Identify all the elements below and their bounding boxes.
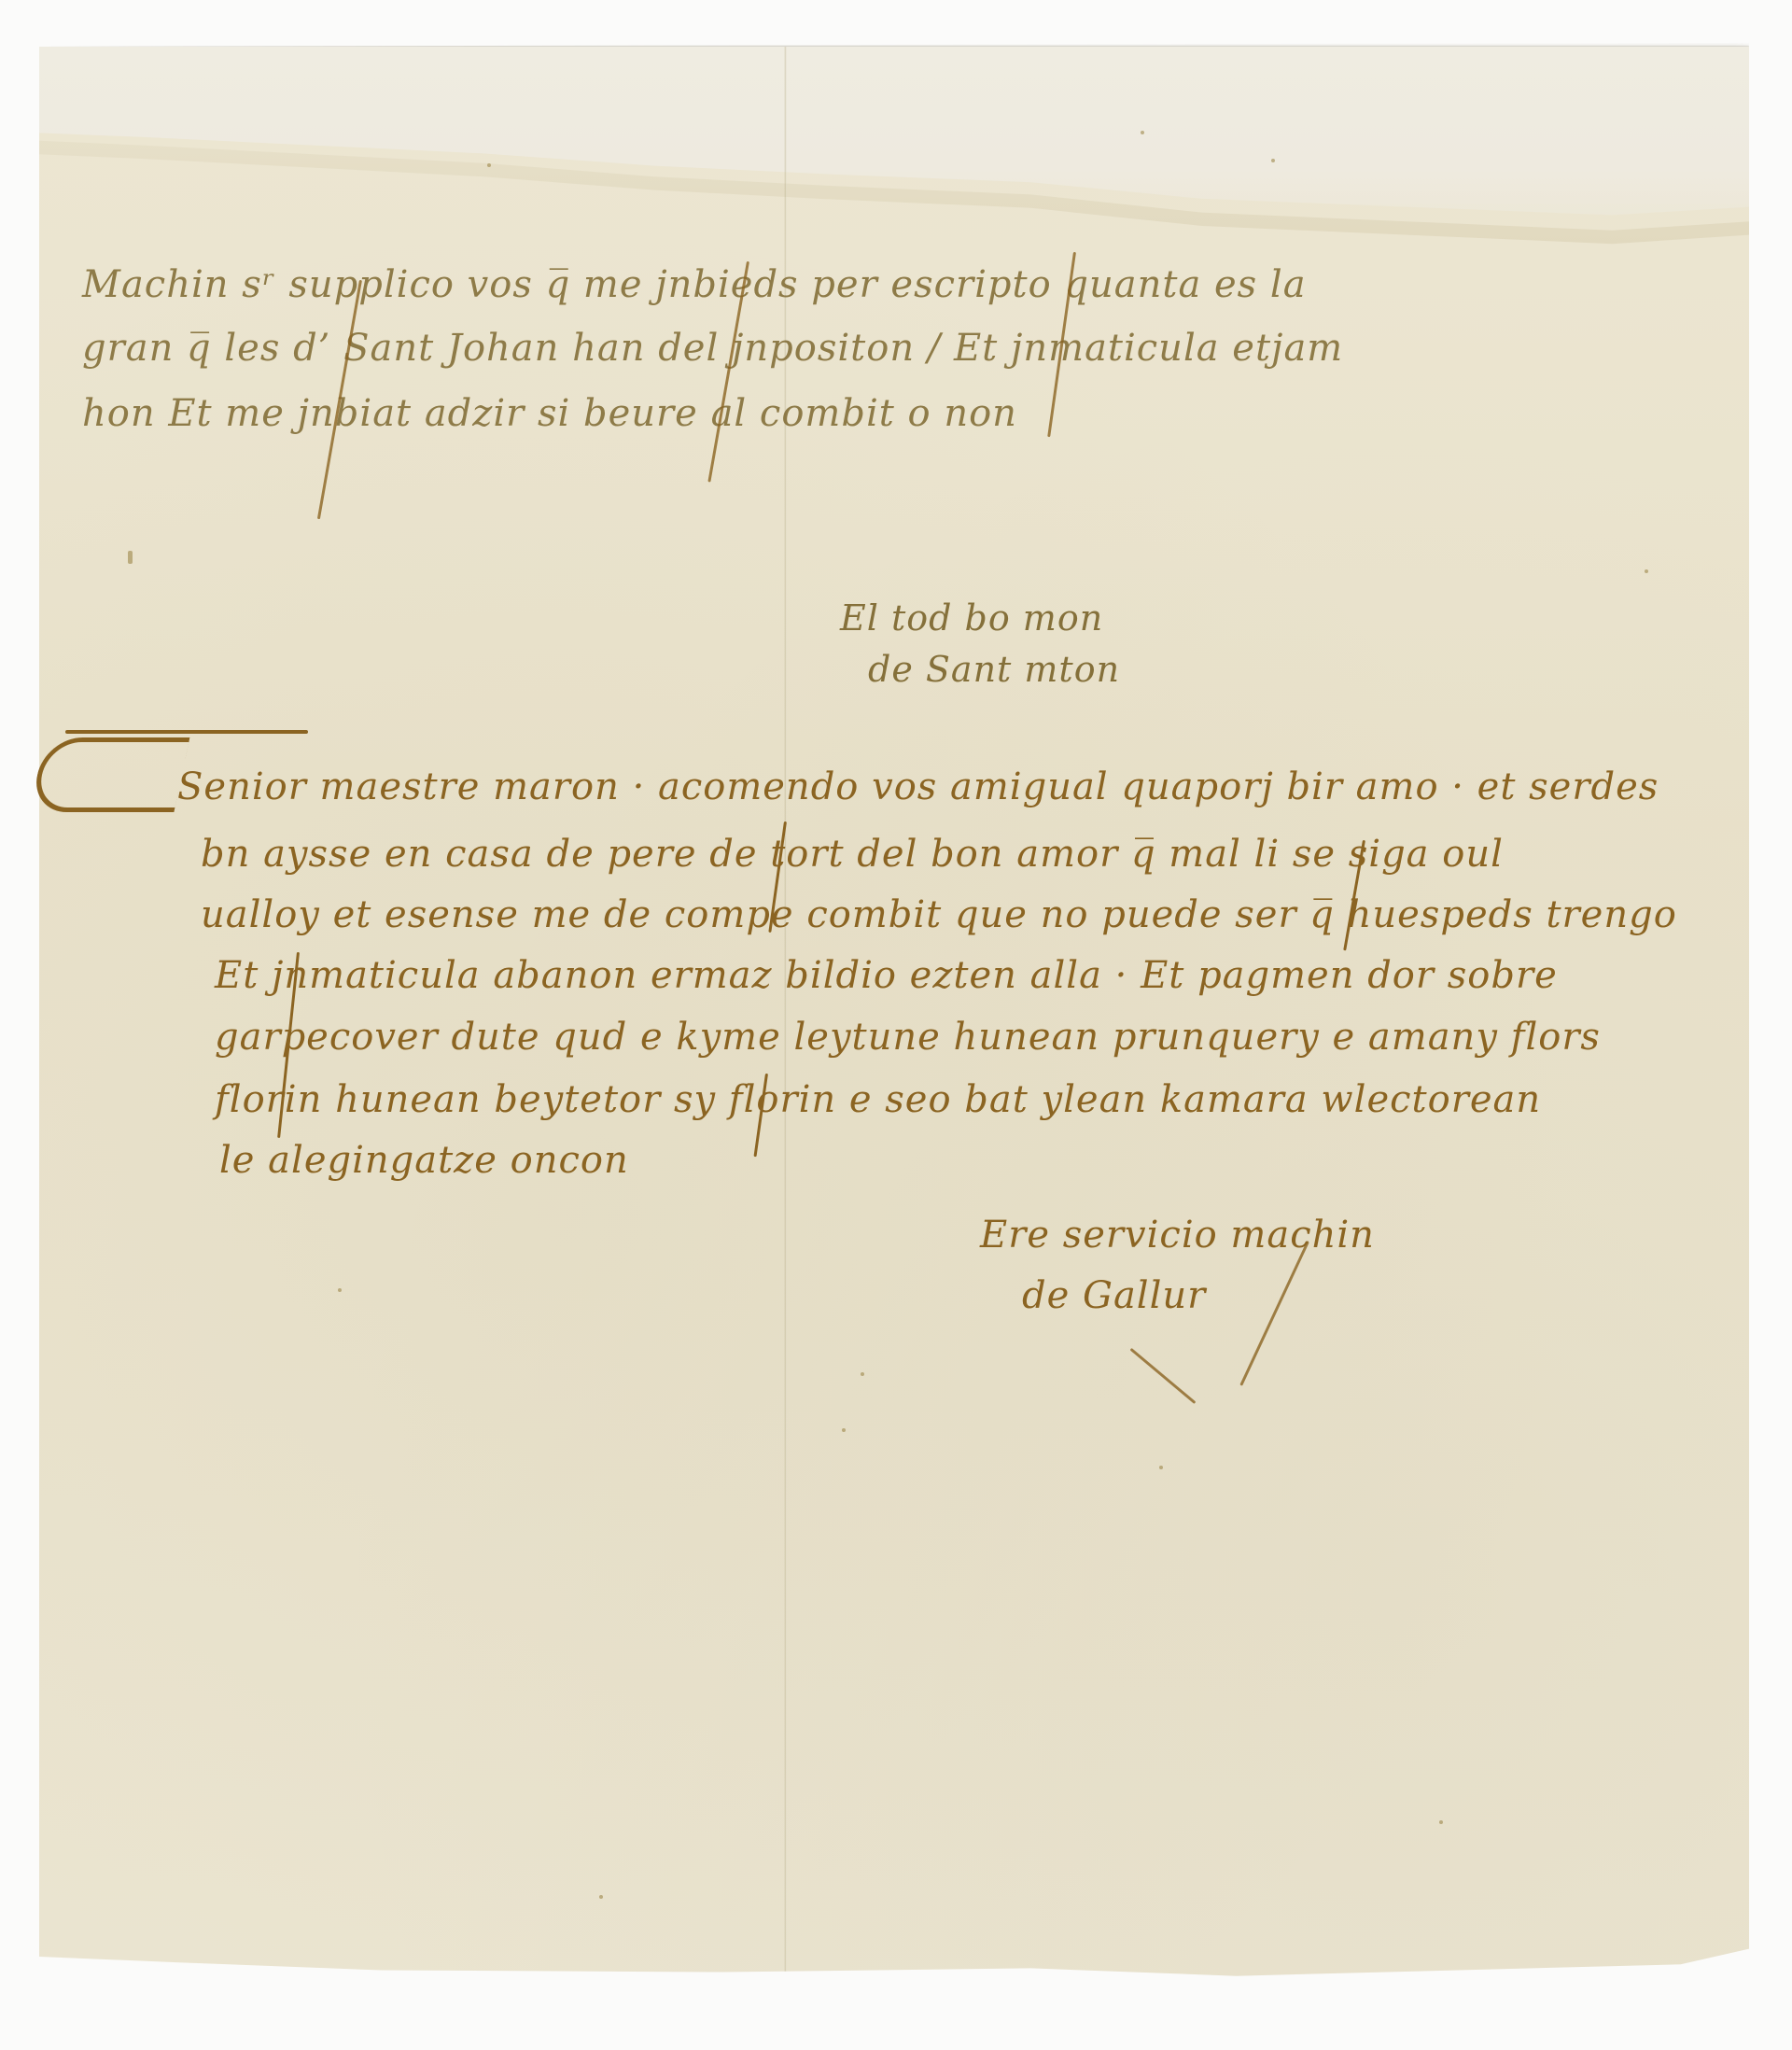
- signature-line-1: Ere servicio machin: [980, 1214, 1375, 1257]
- initial-letter-s: [29, 737, 189, 812]
- body-line-7: le alegingatze oncon: [219, 1139, 629, 1182]
- body-line-2: bn aysse en casa de pere de tort del bon…: [201, 833, 1504, 876]
- note-line-1: Machin sʳ supplico vos q̅ me jnbieds per…: [82, 263, 1307, 306]
- note-line-3: hon Et me jnbiat adzir si beure al combi…: [82, 392, 1017, 435]
- water-stain: [39, 47, 1749, 252]
- manuscript-scan: Machin sʳ supplico vos q̅ me jnbieds per…: [0, 0, 1792, 2050]
- note-line-2: gran q̅ les d’ Sant Johan han del jnposi…: [82, 327, 1343, 370]
- initial-flourish: [65, 730, 308, 734]
- address-line-2: de Sant mton: [868, 649, 1120, 690]
- body-line-5: garpecover dute qud e kyme leytune hunea…: [215, 1016, 1601, 1059]
- body-line-4: Et jnmaticula abanon ermaz bildio ezten …: [215, 954, 1558, 997]
- body-line-1: Senior maestre maron · acomendo vos amig…: [177, 765, 1659, 808]
- body-line-3: ualloy et esense me de compe combit que …: [201, 893, 1677, 936]
- signature-line-2: de Gallur: [1022, 1274, 1206, 1317]
- body-line-6: florin hunean beytetor sy florin e seo b…: [215, 1078, 1541, 1121]
- address-line-1: El tod bo mon: [840, 597, 1103, 639]
